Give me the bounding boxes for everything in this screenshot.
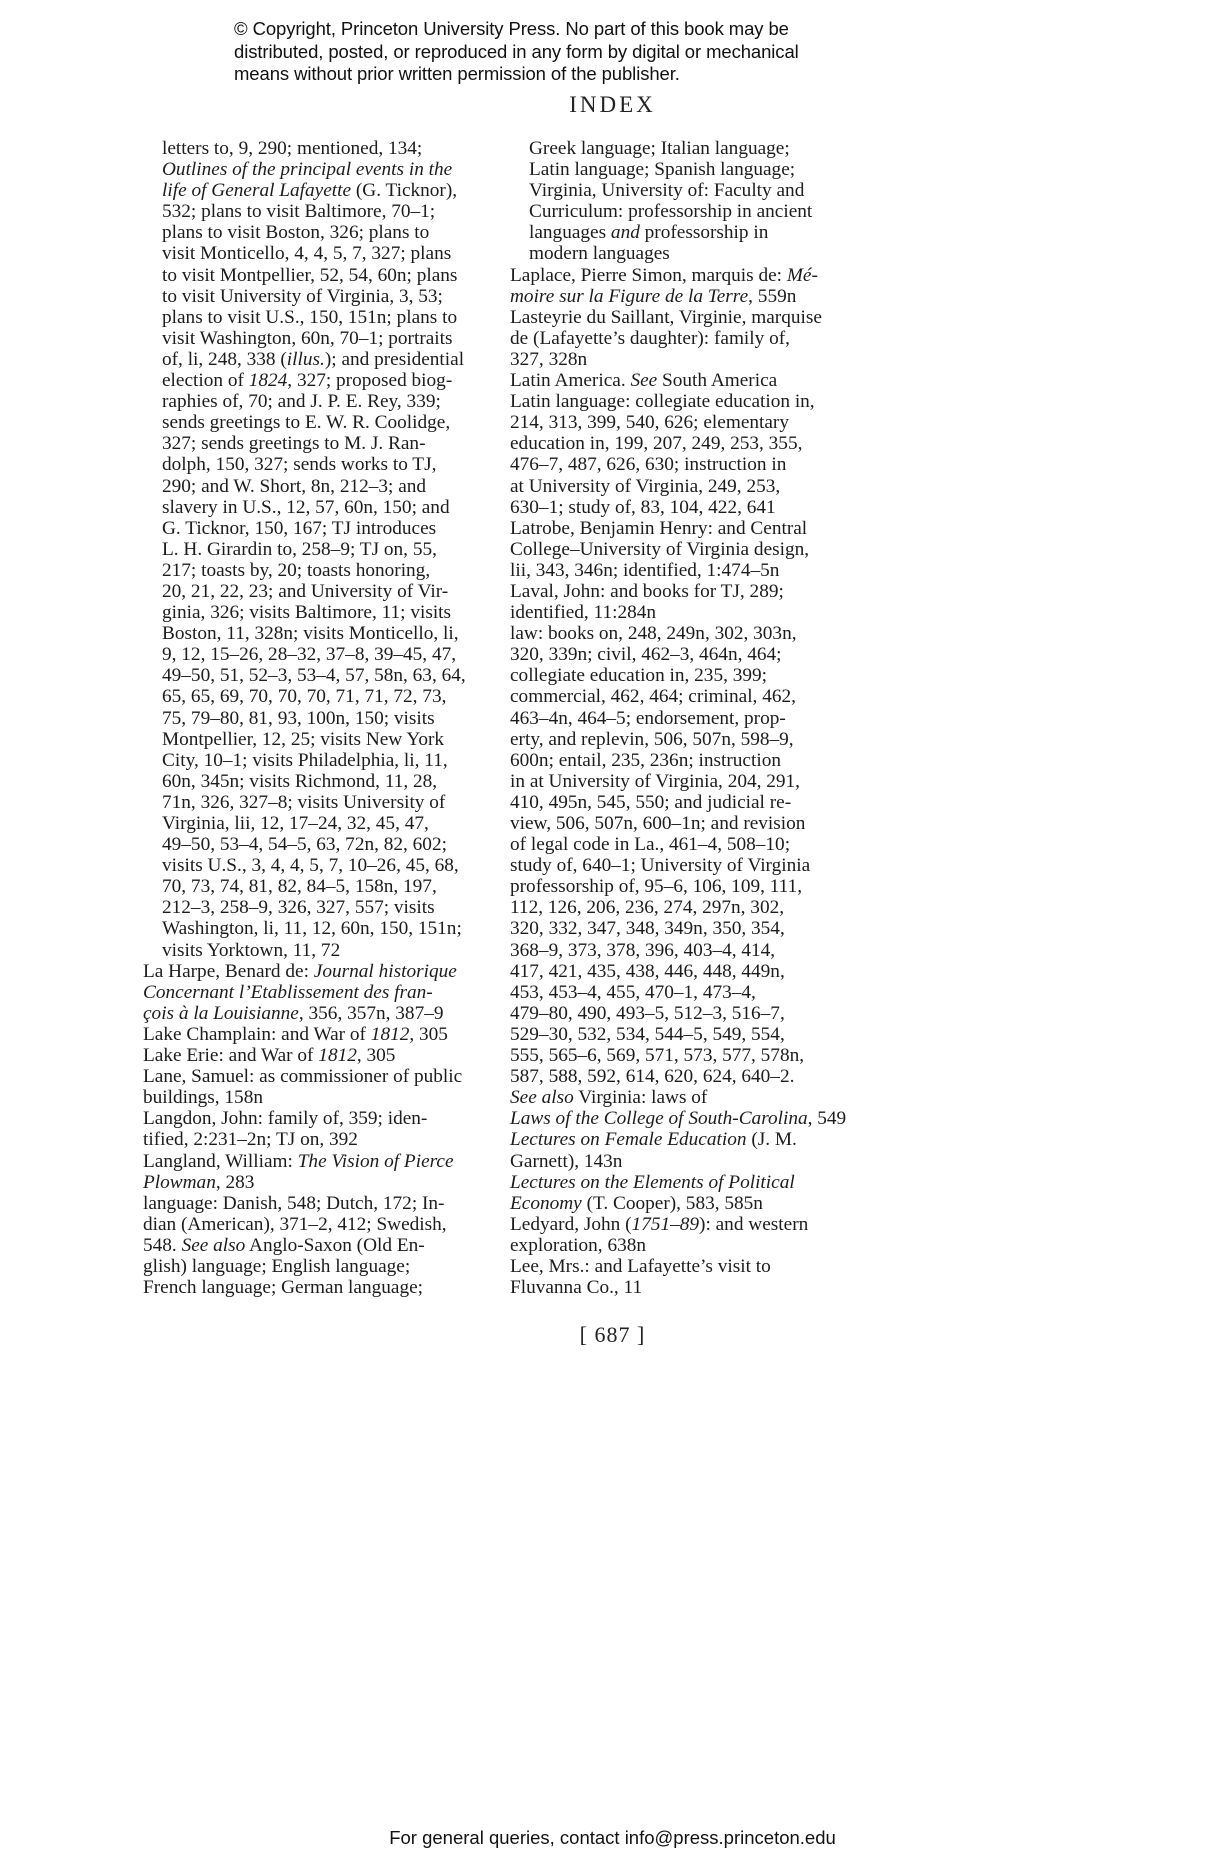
- index-entry-line: 548. See also Anglo-Saxon (Old En-: [162, 1235, 503, 1256]
- index-entry-line: 71n, 326, 327–8; visits University of: [162, 792, 503, 813]
- index-entry: Laval, John: and books for TJ, 289;ident…: [510, 581, 870, 623]
- index-entry-line: 212–3, 258–9, 326, 327, 557; visits: [162, 897, 503, 918]
- index-entry-line: 112, 126, 206, 236, 274, 297n, 302,: [529, 897, 870, 918]
- footer-contact: For general queries, contact info@press.…: [0, 1827, 1225, 1849]
- index-entry-line: 476–7, 487, 626, 630; instruction in: [529, 454, 870, 475]
- index-entry-line: Concernant l’Etablissement des fran-: [162, 982, 503, 1003]
- index-entry-line: 20, 21, 22, 23; and University of Vir-: [162, 581, 503, 602]
- index-entry: La Harpe, Benard de: Journal historiqueC…: [143, 961, 503, 1024]
- index-entry-line: Laplace, Pierre Simon, marquis de: Mé-: [529, 265, 870, 286]
- index-entry-line: Garnett), 143n: [529, 1151, 870, 1172]
- index-entry-line: 630–1; study of, 83, 104, 422, 641: [529, 497, 870, 518]
- index-entry-line: plans to visit U.S., 150, 151n; plans to: [162, 307, 503, 328]
- index-entry-line: Langdon, John: family of, 359; iden-: [162, 1108, 503, 1129]
- index-entry-line: Lectures on Female Education (J. M.: [529, 1129, 870, 1150]
- index-entry-line: Curriculum: professorship in ancient: [529, 201, 870, 222]
- index-entry-line: 49–50, 53–4, 54–5, 63, 72n, 82, 602;: [162, 834, 503, 855]
- index-entry-line: education in, 199, 207, 249, 253, 355,: [529, 433, 870, 454]
- index-entry-line: Lee, Mrs.: and Lafayette’s visit to: [529, 1256, 870, 1277]
- index-entry: language: Danish, 548; Dutch, 172; In-di…: [143, 1193, 503, 1298]
- page-number: [ 687 ]: [0, 1322, 1225, 1348]
- index-entry-line: languages and professorship in: [529, 222, 870, 243]
- index-entry-line: Plowman, 283: [162, 1172, 503, 1193]
- index-entry: law: books on, 248, 249n, 302, 303n,320,…: [510, 623, 870, 1108]
- index-entry-line: visit Monticello, 4, 4, 5, 7, 327; plans: [162, 243, 503, 264]
- index-entry: Ledyard, John (1751–89): and westernexpl…: [510, 1214, 870, 1256]
- index-entry: Laplace, Pierre Simon, marquis de: Mé-mo…: [510, 265, 870, 307]
- index-entry-line: 9, 12, 15–26, 28–32, 37–8, 39–45, 47,: [162, 644, 503, 665]
- index-entry-line: Lane, Samuel: as commissioner of public: [162, 1066, 503, 1087]
- index-entry-line: study of, 640–1; University of Virginia: [529, 855, 870, 876]
- index-entry-line: 320, 332, 347, 348, 349n, 350, 354,: [529, 918, 870, 939]
- index-entry-line: Latrobe, Benjamin Henry: and Central: [529, 518, 870, 539]
- index-entry: Langdon, John: family of, 359; iden-tifi…: [143, 1108, 503, 1150]
- index-entry-line: 555, 565–6, 569, 571, 573, 577, 578n,: [529, 1045, 870, 1066]
- index-entry-line: Boston, 11, 328n; visits Monticello, li,: [162, 623, 503, 644]
- index-entry-line: 70, 73, 74, 81, 82, 84–5, 158n, 197,: [162, 876, 503, 897]
- index-column-right: Greek language; Italian language;Latin l…: [510, 138, 870, 1298]
- index-entry-line: life of General Lafayette (G. Ticknor),: [162, 180, 503, 201]
- index-entry-line: election of 1824, 327; proposed biog-: [162, 370, 503, 391]
- index-entry: Lee, Mrs.: and Lafayette’s visit toFluva…: [510, 1256, 870, 1298]
- copyright-line: © Copyright, Princeton University Press.…: [234, 18, 934, 41]
- index-entry-line: La Harpe, Benard de: Journal historique: [162, 961, 503, 982]
- index-entry-line: 75, 79–80, 81, 93, 100n, 150; visits: [162, 708, 503, 729]
- index-entry-line: Latin America. See South America: [529, 370, 870, 391]
- index-entry-line: 600n; entail, 235, 236n; instruction: [529, 750, 870, 771]
- index-entry-line: Latin language: collegiate education in,: [529, 391, 870, 412]
- index-entry-line: 587, 588, 592, 614, 620, 624, 640–2.: [529, 1066, 870, 1087]
- copyright-line: distributed, posted, or reproduced in an…: [234, 41, 934, 64]
- index-entry: Lectures on Female Education (J. M.Garne…: [510, 1129, 870, 1171]
- index-entry-line: lii, 343, 346n; identified, 1:474–5n: [529, 560, 870, 581]
- index-entry-line: identified, 11:284n: [529, 602, 870, 623]
- index-entry-line: dolph, 150, 327; sends works to TJ,: [162, 454, 503, 475]
- index-entry-line: L. H. Girardin to, 258–9; TJ on, 55,: [162, 539, 503, 560]
- index-entry-line: Washington, li, 11, 12, 60n, 150, 151n;: [162, 918, 503, 939]
- index-entry-line: to visit University of Virginia, 3, 53;: [162, 286, 503, 307]
- index-entry-line: modern languages: [529, 243, 870, 264]
- index-entry-line: 49–50, 51, 52–3, 53–4, 57, 58n, 63, 64,: [162, 665, 503, 686]
- index-entry: Lasteyrie du Saillant, Virginie, marquis…: [510, 307, 870, 370]
- index-entry-line: professorship of, 95–6, 106, 109, 111,: [529, 876, 870, 897]
- index-entry-line: 417, 421, 435, 438, 446, 448, 449n,: [529, 961, 870, 982]
- index-entry: Lake Champlain: and War of 1812, 305: [143, 1024, 503, 1045]
- index-entry-line: 320, 339n; civil, 462–3, 464n, 464;: [529, 644, 870, 665]
- index-entry: Greek language; Italian language;Latin l…: [510, 138, 870, 265]
- index-entry-line: exploration, 638n: [529, 1235, 870, 1256]
- index-entry-line: 214, 313, 399, 540, 626; elementary: [529, 412, 870, 433]
- index-entry-line: plans to visit Boston, 326; plans to: [162, 222, 503, 243]
- index-entry-line: language: Danish, 548; Dutch, 172; In-: [162, 1193, 503, 1214]
- index-entry-line: Laws of the College of South-Carolina, 5…: [529, 1108, 870, 1129]
- index-entry-line: Langland, William: The Vision of Pierce: [162, 1151, 503, 1172]
- index-entry-line: moire sur la Figure de la Terre, 559n: [529, 286, 870, 307]
- index-entry-line: letters to, 9, 290; mentioned, 134;: [162, 138, 503, 159]
- index-entry: Langland, William: The Vision of PierceP…: [143, 1151, 503, 1193]
- index-entry-line: 327, 328n: [529, 349, 870, 370]
- index-entry-line: Virginia, University of: Faculty and: [529, 180, 870, 201]
- index-entry-line: Laval, John: and books for TJ, 289;: [529, 581, 870, 602]
- index-entry-line: French language; German language;: [162, 1277, 503, 1298]
- index-entry-line: Outlines of the principal events in the: [162, 159, 503, 180]
- index-entry-line: College–University of Virginia design,: [529, 539, 870, 560]
- index-entry-line: ginia, 326; visits Baltimore, 11; visits: [162, 602, 503, 623]
- index-entry-line: buildings, 158n: [162, 1087, 503, 1108]
- index-entry-line: 327; sends greetings to M. J. Ran-: [162, 433, 503, 454]
- index-entry-line: erty, and replevin, 506, 507n, 598–9,: [529, 729, 870, 750]
- index-entry-line: 290; and W. Short, 8n, 212–3; and: [162, 476, 503, 497]
- index-entry-line: tified, 2:231–2n; TJ on, 392: [162, 1129, 503, 1150]
- index-entry-line: Lake Erie: and War of 1812, 305: [162, 1045, 503, 1066]
- index-entry-line: çois à la Louisianne, 356, 357n, 387–9: [162, 1003, 503, 1024]
- copyright-line: means without prior written permission o…: [234, 63, 934, 86]
- index-entry-line: 65, 65, 69, 70, 70, 70, 71, 71, 72, 73,: [162, 686, 503, 707]
- index-entry-line: visits U.S., 3, 4, 4, 5, 7, 10–26, 45, 6…: [162, 855, 503, 876]
- index-entry-line: Montpellier, 12, 25; visits New York: [162, 729, 503, 750]
- index-entry-line: Lectures on the Elements of Political: [529, 1172, 870, 1193]
- index-entry-line: Economy (T. Cooper), 583, 585n: [529, 1193, 870, 1214]
- index-entry: letters to, 9, 290; mentioned, 134;Outli…: [143, 138, 503, 961]
- index-entry-line: to visit Montpellier, 52, 54, 60n; plans: [162, 265, 503, 286]
- index-entry-line: glish) language; English language;: [162, 1256, 503, 1277]
- index-entry-line: 529–30, 532, 534, 544–5, 549, 554,: [529, 1024, 870, 1045]
- index-entry-line: 368–9, 373, 378, 396, 403–4, 414,: [529, 940, 870, 961]
- index-entry: Latrobe, Benjamin Henry: and CentralColl…: [510, 518, 870, 581]
- index-entry-line: dian (American), 371–2, 412; Swedish,: [162, 1214, 503, 1235]
- index-entry-line: raphies of, 70; and J. P. E. Rey, 339;: [162, 391, 503, 412]
- index-entry-line: Fluvanna Co., 11: [529, 1277, 870, 1298]
- index-entry-line: collegiate education in, 235, 399;: [529, 665, 870, 686]
- index-entry-line: of, li, 248, 338 (illus.); and president…: [162, 349, 503, 370]
- index-entry-line: Ledyard, John (1751–89): and western: [529, 1214, 870, 1235]
- index-entry-line: G. Ticknor, 150, 167; TJ introduces: [162, 518, 503, 539]
- index-entry: Lectures on the Elements of PoliticalEco…: [510, 1172, 870, 1214]
- copyright-notice: © Copyright, Princeton University Press.…: [234, 18, 934, 86]
- index-entry-line: visits Yorktown, 11, 72: [162, 940, 503, 961]
- index-entry-line: commercial, 462, 464; criminal, 462,: [529, 686, 870, 707]
- index-entry-line: Lasteyrie du Saillant, Virginie, marquis…: [529, 307, 870, 328]
- index-entry-line: view, 506, 507n, 600–1n; and revision: [529, 813, 870, 834]
- index-entry-line: 217; toasts by, 20; toasts honoring,: [162, 560, 503, 581]
- index-entry-line: at University of Virginia, 249, 253,: [529, 476, 870, 497]
- index-entry-line: law: books on, 248, 249n, 302, 303n,: [529, 623, 870, 644]
- page-heading: INDEX: [0, 92, 1225, 118]
- index-entry-line: visit Washington, 60n, 70–1; portraits: [162, 328, 503, 349]
- index-entry-line: City, 10–1; visits Philadelphia, li, 11,: [162, 750, 503, 771]
- index-entry-line: 532; plans to visit Baltimore, 70–1;: [162, 201, 503, 222]
- index-entry: Laws of the College of South-Carolina, 5…: [510, 1108, 870, 1129]
- index-entry-line: Latin language; Spanish language;: [529, 159, 870, 180]
- index-entry: Latin language: collegiate education in,…: [510, 391, 870, 518]
- index-entry-line: See also Virginia: laws of: [529, 1087, 870, 1108]
- index-entry-line: slavery in U.S., 12, 57, 60n, 150; and: [162, 497, 503, 518]
- index-entry-line: 60n, 345n; visits Richmond, 11, 28,: [162, 771, 503, 792]
- index-entry-line: de (Lafayette’s daughter): family of,: [529, 328, 870, 349]
- index-entry-line: of legal code in La., 461–4, 508–10;: [529, 834, 870, 855]
- index-entry: Lane, Samuel: as commissioner of publicb…: [143, 1066, 503, 1108]
- index-column-left: letters to, 9, 290; mentioned, 134;Outli…: [143, 138, 503, 1298]
- index-entry-line: 463–4n, 464–5; endorsement, prop-: [529, 708, 870, 729]
- index-entry-line: 410, 495n, 545, 550; and judicial re-: [529, 792, 870, 813]
- index-entry-line: 453, 453–4, 455, 470–1, 473–4,: [529, 982, 870, 1003]
- index-entry-line: 479–80, 490, 493–5, 512–3, 516–7,: [529, 1003, 870, 1024]
- index-entry-line: sends greetings to E. W. R. Coolidge,: [162, 412, 503, 433]
- index-entry-line: in at University of Virginia, 204, 291,: [529, 771, 870, 792]
- index-entry: Latin America. See South America: [510, 370, 870, 391]
- index-entry-line: Virginia, lii, 12, 17–24, 32, 45, 47,: [162, 813, 503, 834]
- index-entry-line: Lake Champlain: and War of 1812, 305: [162, 1024, 503, 1045]
- index-entry: Lake Erie: and War of 1812, 305: [143, 1045, 503, 1066]
- index-entry-line: Greek language; Italian language;: [529, 138, 870, 159]
